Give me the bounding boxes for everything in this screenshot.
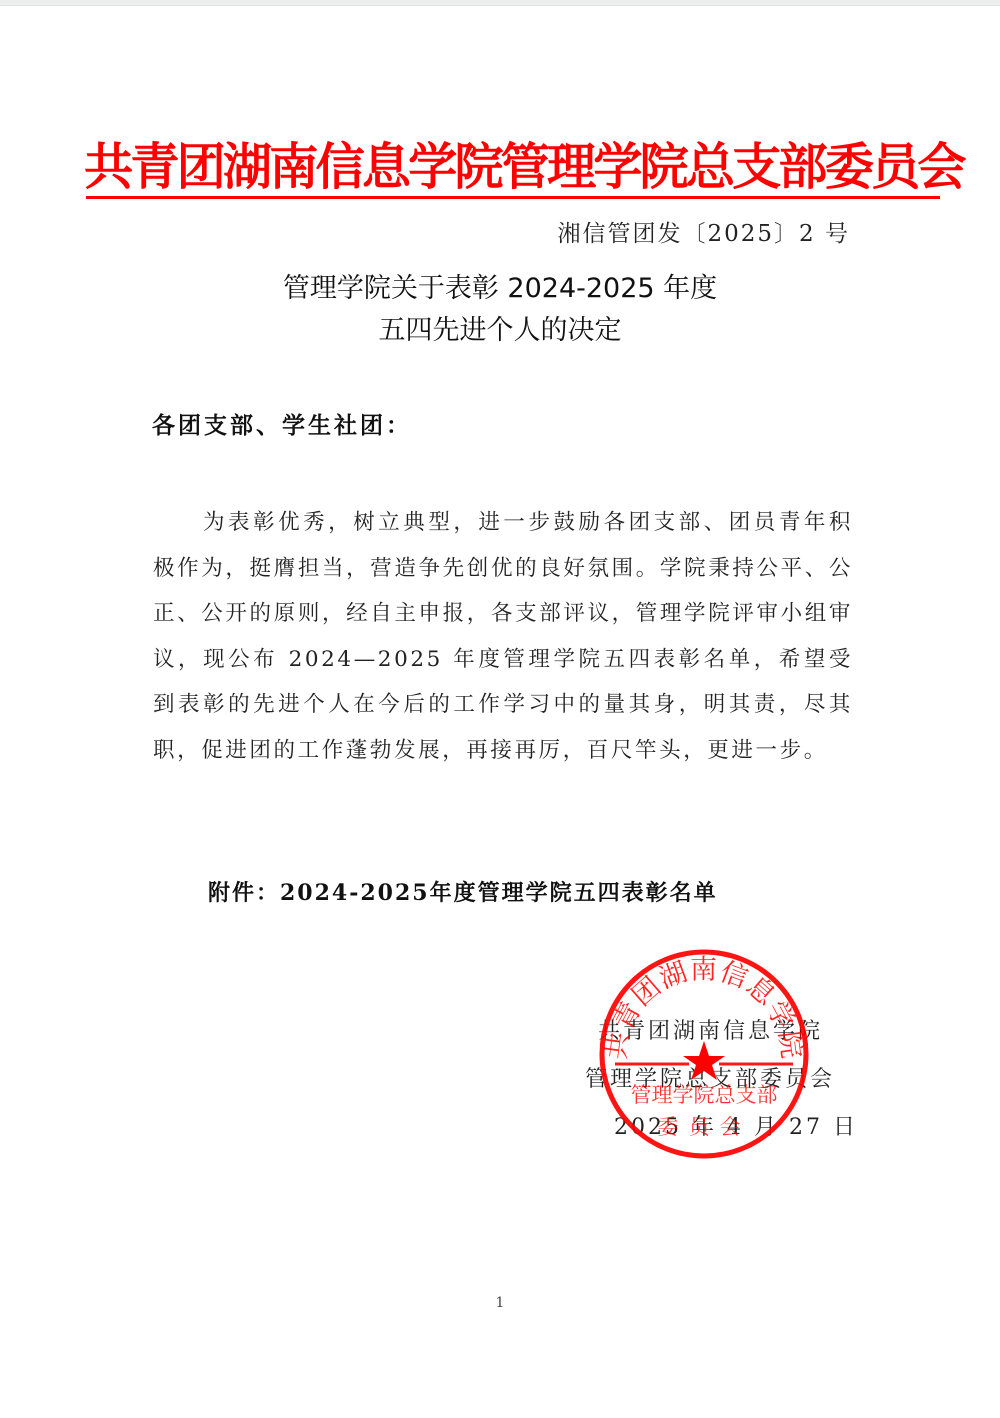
organization-title: 共青团湖南信息学院管理学院总支部委员会 [84, 138, 931, 196]
signature-block: 共青团湖南信息学院 管理学院总支部委员会 2025 年 4 月 27 日 [580, 1008, 860, 1152]
header-red-rule [86, 196, 940, 199]
document-title: 管理学院关于表彰 2024-2025 年度 五四先进个人的决定 [150, 268, 850, 352]
signature-line-1: 共青团湖南信息学院 [580, 1008, 860, 1056]
attachment-note: 附件：2024-2025年度管理学院五四表彰名单 [208, 875, 718, 911]
body-paragraph: 为表彰优秀，树立典型，进一步鼓励各团支部、团员青年积极作为，挺膺担当，营造争先创… [153, 500, 853, 774]
signature-date: 2025 年 4 月 27 日 [580, 1104, 860, 1152]
page-number: 1 [0, 1295, 1000, 1311]
document-title-line-1: 管理学院关于表彰 2024-2025 年度 [150, 268, 850, 310]
viewer-top-bar [0, 0, 1000, 6]
salutation: 各团支部、学生社团： [152, 408, 412, 444]
document-title-line-2: 五四先进个人的决定 [150, 310, 850, 352]
document-number: 湘信管团发〔2025〕2 号 [540, 218, 850, 250]
signature-line-2: 管理学院总支部委员会 [580, 1056, 860, 1104]
